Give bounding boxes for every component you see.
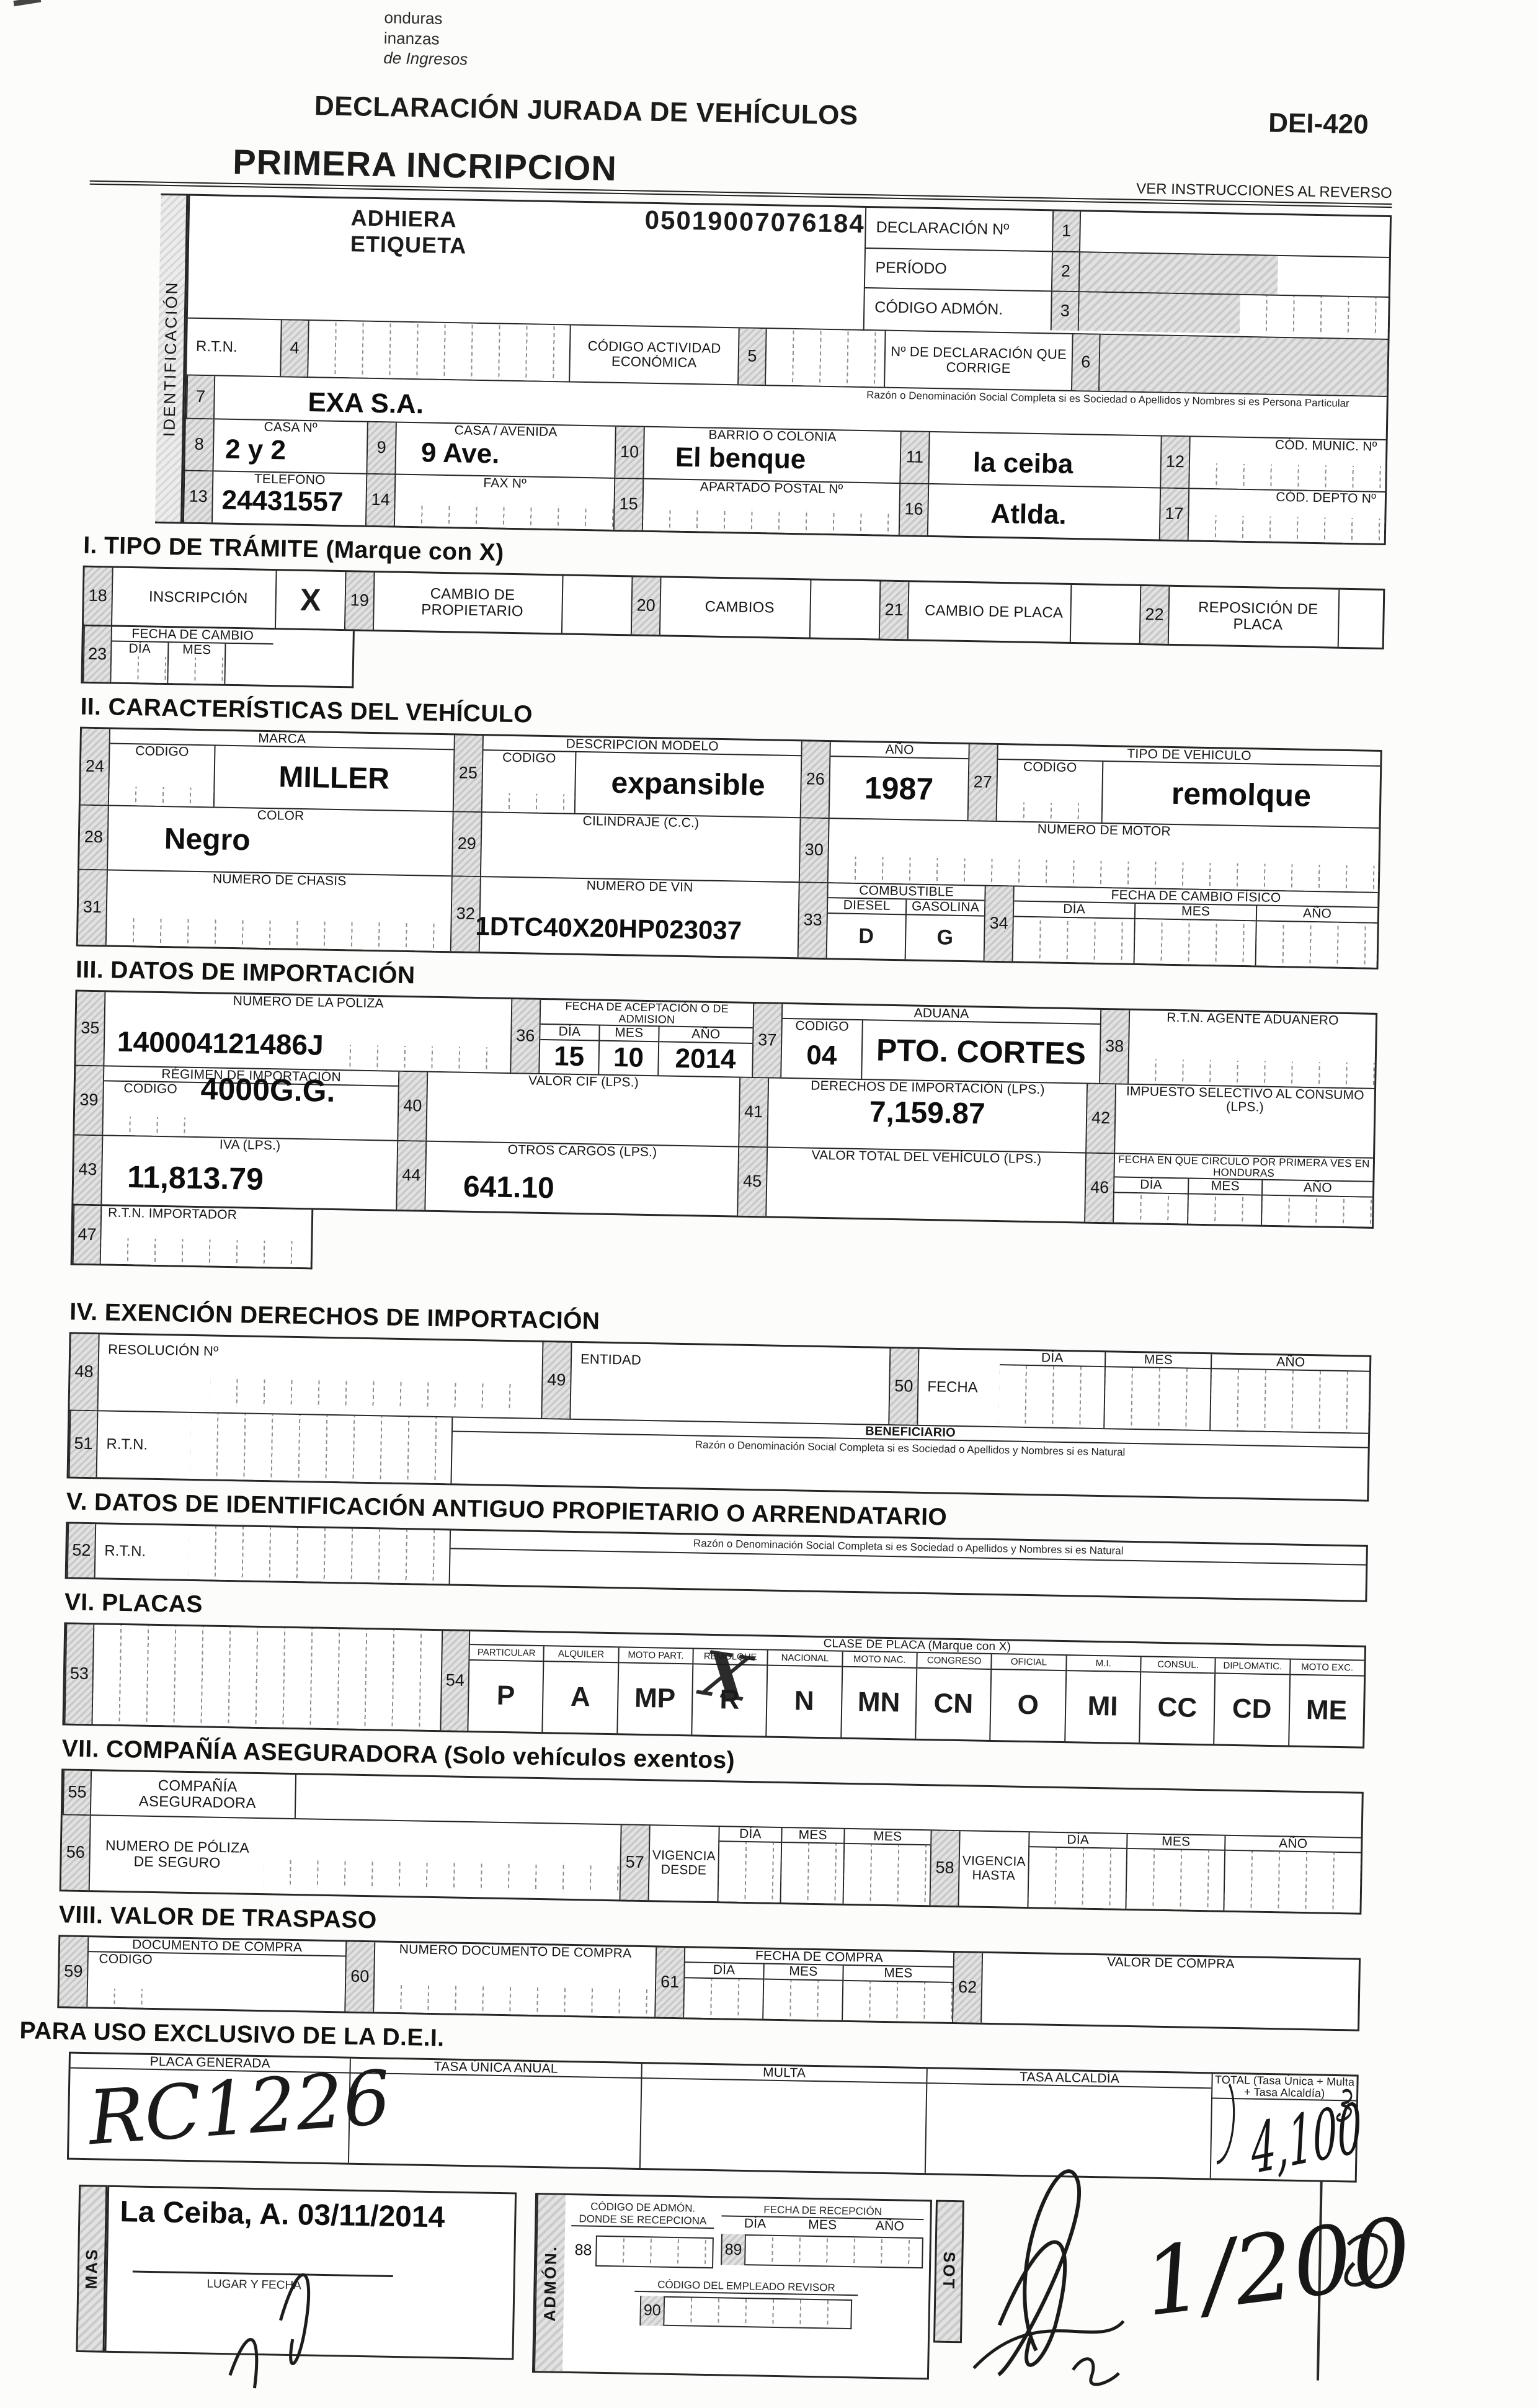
resolucion-box[interactable]: RESOLUCIÓN Nº	[98, 1334, 542, 1418]
valor-compra-box[interactable]: VALOR DE COMPRA	[982, 1953, 1359, 2003]
cod-depto-box[interactable]: CÓD. DEPTO Nº	[1189, 489, 1385, 543]
form-subtitle: PRIMERA INCRIPCION	[233, 141, 618, 188]
codigo-label: CODIGO	[782, 1019, 861, 1035]
opt-label: CONSUL.	[1141, 1657, 1215, 1674]
field-number: 29	[453, 812, 482, 876]
field-number: 11	[900, 432, 930, 483]
clase-option-consul[interactable]: CONSUL.CC	[1139, 1657, 1215, 1744]
field-number: 25	[454, 735, 484, 811]
opt-label: PARTICULAR	[469, 1645, 543, 1662]
iva-box[interactable]: IVA (LPS.) 11,813.79	[102, 1136, 397, 1209]
otros-cargos-value: 641.10	[463, 1172, 738, 1207]
exencion-mes[interactable]	[1105, 1367, 1211, 1429]
vigencia-hasta-label2: HASTA	[959, 1868, 1028, 1884]
field-number: 10	[615, 426, 644, 478]
field-number: 38	[1100, 1009, 1130, 1083]
field-number: 45	[738, 1147, 768, 1216]
clase-option-congreso[interactable]: CONGRESOCN	[915, 1653, 991, 1740]
clase-option-particular[interactable]: PARTICULARP	[468, 1645, 543, 1732]
tramite-cambio-propietario-mark[interactable]	[561, 576, 632, 634]
field-label-declaracion: DECLARACIÓN Nº	[866, 208, 1052, 251]
poliza-seguro-box[interactable]: NUMERO DE PÓLIZA DE SEGURO	[90, 1816, 621, 1899]
form-title: DECLARACIÓN JURADA DE VEHÍCULOS	[314, 91, 859, 132]
field-number: 20	[632, 577, 662, 635]
field-number: 8	[185, 419, 214, 470]
dia-label: DÍA	[112, 642, 167, 657]
clase-option-alquiler[interactable]: ALQUILERA	[542, 1646, 618, 1733]
tramite-cambios-mark[interactable]	[809, 580, 880, 638]
cod-depto-digits[interactable]	[1189, 515, 1385, 543]
telefono-value: 24431557	[221, 487, 366, 517]
field-number: 39	[74, 1066, 104, 1135]
depto-box[interactable]: Atlda.	[928, 484, 1160, 539]
aceptacion-anio[interactable]: 2014	[675, 1045, 736, 1074]
marca-codigo-digits[interactable]	[109, 786, 214, 806]
cod-munic-digits[interactable]	[1189, 463, 1385, 491]
anio-label: AÑO	[1257, 906, 1377, 924]
avenida-box[interactable]: CASA / AVENIDA 9 Ave.	[396, 422, 615, 477]
valor-cif-box[interactable]: VALOR CIF (LPS.)	[427, 1072, 739, 1146]
field-number: 58	[930, 1831, 960, 1906]
declaracion-box[interactable]	[1080, 212, 1390, 257]
field-number: 34	[985, 886, 1015, 961]
municipio-box[interactable]: la ceiba	[929, 432, 1160, 487]
tramite-reposicion-placa-label: REPOSICIÓN DE PLACA	[1169, 586, 1339, 646]
opt-code: CN	[916, 1669, 990, 1740]
clase-option-mi[interactable]: M.I.MI	[1064, 1656, 1140, 1742]
field-number: 22	[1140, 586, 1170, 644]
agente-label: R.T.N. AGENTE ADUANERO	[1130, 1010, 1376, 1028]
cambio-fisico-mes[interactable]	[1135, 919, 1256, 965]
exencion-anio[interactable]	[1211, 1369, 1369, 1432]
actividad-digits[interactable]	[766, 329, 885, 386]
opt-label: NACIONAL	[768, 1651, 842, 1667]
diesel-label: DIESEL	[828, 898, 905, 915]
opt-code: CC	[1140, 1672, 1214, 1744]
field-number: 26	[801, 741, 831, 818]
hasta-dia[interactable]	[1028, 1847, 1126, 1908]
opt-code: CD	[1214, 1674, 1289, 1745]
opt-label: MOTO NAC.	[843, 1652, 917, 1669]
tramite-inscripcion-mark[interactable]: X	[275, 571, 345, 629]
field-number: 17	[1160, 488, 1189, 540]
documento-codigo-digits[interactable]	[87, 1988, 162, 2003]
field-number: 30	[800, 818, 830, 882]
entidad-box[interactable]: ENTIDAD	[571, 1342, 889, 1424]
field-number: 14	[367, 474, 396, 525]
field-number: 41	[739, 1077, 769, 1146]
casa-box[interactable]: CASA Nº 2 y 2	[213, 419, 367, 473]
field-number: 60	[345, 1942, 375, 2003]
antiguo-rtn-label: R.T.N.	[96, 1524, 190, 1579]
tramite-inscripcion-label: INSCRIPCIÓN	[112, 568, 276, 628]
chasis-box[interactable]: NUMERO DE CHASIS	[107, 870, 451, 951]
vigencia-desde-label2: DESDE	[649, 1863, 718, 1878]
placas-table: 53 54 CLASE DE PLACA (Marque con X) PART…	[62, 1622, 1366, 1748]
fecha-cambio-mes[interactable]	[168, 657, 224, 684]
importacion-table: 35 NUMERO DE LA POLIZA 140004121486J 36 …	[71, 989, 1377, 1228]
dia-label: DÍA	[1000, 1350, 1105, 1368]
cod-munic-label: CÓD. MUNIC. Nº	[1190, 437, 1385, 454]
fecha-cambio-box: 23 FECHA DE CAMBIO DÍA MES	[81, 626, 355, 688]
vigencia-desde-label: VIGENCIA	[650, 1848, 718, 1864]
derechos-value: 7,159.87	[869, 1098, 985, 1130]
sticker-number: 05019007076184	[643, 205, 865, 329]
poliza-value: 140004121486J	[117, 1027, 324, 1059]
entidad-label: ENTIDAD	[572, 1342, 890, 1371]
field-number: 6	[1071, 334, 1101, 390]
sticker-label: ADHIERA ETIQUETA	[349, 205, 571, 324]
field-number: 1	[1052, 211, 1081, 251]
field-number: 42	[1087, 1084, 1116, 1153]
field-number: 23	[82, 626, 112, 682]
mes-label: MES	[1127, 1834, 1224, 1850]
opt-label: DIPLOMATIC.	[1216, 1658, 1289, 1675]
hasta-mes[interactable]	[1126, 1849, 1224, 1910]
telefono-box[interactable]: TELEFONO 24431557	[213, 471, 366, 525]
field-number: 36	[511, 999, 541, 1073]
field-number: 52	[67, 1523, 97, 1577]
field-number: 37	[753, 1004, 783, 1077]
field-number: 47	[73, 1205, 102, 1264]
numero-documento-digits[interactable]	[374, 1984, 655, 2003]
field-number: 35	[76, 991, 105, 1065]
opt-code: A	[543, 1662, 618, 1733]
opt-label: MOTO EXC.	[1291, 1660, 1364, 1677]
casa-label: CASA Nº	[215, 419, 367, 436]
dia-label: DÍA	[540, 1025, 598, 1041]
antiguo-razon-box[interactable]: Razón o Denominación Social Completa si …	[449, 1530, 1366, 1600]
field-number: 31	[78, 870, 108, 945]
iva-value: 11,813.79	[127, 1161, 397, 1197]
vehiculo-table: 24 MARCA CODIGO MILLER 25 DESCRIPCION MO…	[76, 726, 1382, 969]
dia-label: DÍA	[1114, 1178, 1188, 1195]
fax-box[interactable]: FAX Nº	[395, 475, 614, 529]
resolucion-digits[interactable]	[210, 1377, 530, 1411]
resolucion-label: RESOLUCIÓN Nº	[99, 1334, 543, 1364]
scan-artifact	[13, 0, 41, 6]
field-number: 16	[900, 484, 929, 535]
field-number: 13	[184, 471, 213, 522]
identification-section: IDENTIFICACIÓN ADHIERA ETIQUETA 05019007…	[155, 193, 1392, 545]
agency-logo-text: onduras inanzas de Ingresos	[383, 7, 1395, 86]
fecha-cambio-dia[interactable]	[111, 656, 167, 682]
field-number: 56	[61, 1815, 91, 1890]
mes-label: MES	[600, 1026, 658, 1042]
mes-label: MES	[782, 1828, 843, 1844]
opt-label: MOTO PART.	[619, 1648, 693, 1664]
field-number: 27	[969, 744, 998, 821]
gasolina-value[interactable]: G	[936, 925, 953, 950]
opt-code: MI	[1065, 1671, 1140, 1742]
agente-digits[interactable]	[1129, 1058, 1375, 1087]
dia-label: DÍA	[1029, 1832, 1126, 1849]
field-number: 40	[398, 1071, 428, 1140]
codigo-label: CODIGO	[110, 744, 214, 760]
declaration-header-fields: DECLARACIÓN Nº 1 PERÍODO 2 CÓDIGO ADMÓN.…	[863, 207, 1390, 338]
exencion-rtn-label: R.T.N.	[97, 1411, 192, 1479]
regimen-digits[interactable]	[103, 1116, 197, 1136]
rtn-importador-box: 47 R.T.N. IMPORTADOR	[71, 1205, 314, 1269]
anio-label: MES	[845, 1829, 931, 1845]
fax-label: FAX Nº	[396, 475, 614, 493]
circulo-anio[interactable]	[1263, 1196, 1372, 1227]
poliza-seguro-digits[interactable]	[264, 1857, 620, 1893]
field-number: 18	[84, 567, 113, 625]
field-number: 19	[345, 572, 375, 630]
opt-label: OFICIAL	[992, 1654, 1066, 1671]
opt-label: ALQUILER	[545, 1646, 618, 1663]
clase-option-remolque[interactable]: REMOLQUE R X	[691, 1649, 767, 1736]
field-number: 44	[397, 1141, 427, 1210]
field-number: 2	[1051, 252, 1080, 291]
clase-option-moto-nac[interactable]: MOTO NAC.MN	[840, 1652, 917, 1739]
marca-value: MILLER	[278, 762, 389, 794]
actividad-label: CÓDIGO ACTIVIDAD ECONÓMICA	[569, 325, 739, 384]
chasis-digits[interactable]	[107, 917, 451, 951]
rtn-importador-label: R.T.N. IMPORTADOR	[102, 1206, 311, 1224]
compania-label: COMPAÑÍA ASEGURADORA	[91, 1771, 296, 1818]
exencion-dia[interactable]	[998, 1365, 1105, 1427]
field-number: 46	[1085, 1153, 1115, 1222]
vin-box[interactable]: NUMERO DE VIN 1DTC40X20HP023037	[480, 877, 799, 957]
anio-label: AÑO	[659, 1027, 753, 1044]
valor-total-box[interactable]: VALOR TOTAL DEL VEHÍCULO (LPS.)	[767, 1148, 1085, 1221]
field-number: 24	[81, 728, 110, 805]
clase-option-diplomatic[interactable]: DIPLOMATIC.CD	[1213, 1658, 1289, 1745]
field-number: 57	[621, 1825, 651, 1900]
cambio-fisico-dia[interactable]	[1013, 917, 1134, 963]
apartado-box[interactable]: APARTADO POSTAL Nº	[643, 479, 899, 534]
mes-label: MES	[169, 643, 224, 658]
field-number: 55	[63, 1770, 92, 1814]
valor-compra-label: VALOR DE COMPRA	[983, 1953, 1359, 1973]
aceptacion-mes[interactable]: 10	[613, 1044, 644, 1072]
field-number: 28	[79, 805, 109, 869]
cod-munic-box[interactable]: CÓD. MUNIC. Nº	[1189, 437, 1385, 491]
form-code: DEI-420	[1268, 107, 1369, 140]
field-number: 50	[889, 1349, 919, 1425]
opt-label: M.I.	[1067, 1656, 1140, 1672]
opt-code: MP	[618, 1663, 692, 1734]
aceptacion-dia[interactable]: 15	[554, 1043, 585, 1071]
vigencia-hasta-label: VIGENCIA	[960, 1854, 1028, 1870]
poliza-seguro-label2: DE SEGURO	[90, 1853, 264, 1871]
depto-value: Atlda.	[990, 500, 1160, 530]
compra-anio[interactable]	[843, 1981, 953, 2003]
documento-compra-box[interactable]: DOCUMENTO DE COMPRA CODIGO	[87, 1937, 345, 2003]
otros-cargos-box[interactable]: OTROS CARGOS (LPS.) 641.10	[425, 1141, 738, 1215]
rtn-importador-field[interactable]: R.T.N. IMPORTADOR	[101, 1206, 312, 1267]
selectivo-label: IMPUESTO SELECTIVO AL CONSUMO (LPS.)	[1116, 1084, 1374, 1117]
selectivo-box[interactable]: IMPUESTO SELECTIVO AL CONSUMO (LPS.)	[1115, 1084, 1374, 1157]
numero-documento-box[interactable]: NUMERO DOCUMENTO DE COMPRA	[374, 1942, 656, 2003]
tramite-reposicion-placa-mark[interactable]	[1338, 589, 1384, 647]
antiguo-rtn-digits[interactable]	[189, 1525, 450, 1583]
clase-option-nacional[interactable]: NACIONALN	[766, 1651, 842, 1737]
field-number: 5	[737, 328, 767, 385]
agente-box[interactable]: R.T.N. AGENTE ADUANERO	[1129, 1010, 1376, 1087]
apartado-label: APARTADO POSTAL Nº	[644, 479, 899, 497]
opt-code: P	[468, 1661, 543, 1732]
opt-code: O	[991, 1670, 1065, 1741]
compra-dia[interactable]	[684, 1978, 763, 2003]
field-number: 51	[69, 1411, 99, 1477]
field-number: 7	[186, 375, 215, 418]
aseguradora-table: 55 COMPAÑÍA ASEGURADORA 56 NUMERO DE PÓL…	[60, 1768, 1364, 1914]
anio-label: AÑO	[830, 742, 968, 760]
tramite-cambio-placa-mark[interactable]	[1070, 584, 1140, 643]
codigo-admon-box[interactable]	[1079, 292, 1389, 336]
mes-label: MES	[1106, 1352, 1211, 1370]
exencion-table: 48 RESOLUCIÓN Nº 49 ENTIDAD 50 FECHA DÍA…	[67, 1332, 1372, 1501]
corrige-digits[interactable]	[1100, 334, 1388, 395]
sticker-area: ADHIERA ETIQUETA 05019007076184	[188, 195, 865, 329]
compra-mes[interactable]	[763, 1979, 842, 2003]
field-number: 53	[64, 1624, 94, 1724]
tipo-codigo-digits[interactable]	[997, 801, 1102, 822]
corrige-label: Nº DE DECLARACIÓN QUE CORRIGE	[884, 331, 1072, 390]
codigo-label: CODIGO	[104, 1082, 197, 1097]
avenida-value: 9 Ave.	[421, 439, 615, 470]
field-number: 54	[440, 1631, 470, 1731]
placa-actual-box[interactable]	[92, 1625, 442, 1730]
cod-depto-label: CÓD. DEPTO Nº	[1189, 489, 1385, 506]
circulo-dia[interactable]	[1114, 1193, 1188, 1223]
codigo-label: CODIGO	[998, 760, 1102, 776]
circulo-mes[interactable]	[1188, 1194, 1262, 1224]
dia-label: DÍA	[1014, 902, 1134, 919]
field-number: 61	[656, 1947, 685, 2003]
derechos-box[interactable]: DERECHOS DE IMPORTACIÓN (LPS.) 7,159.87	[768, 1078, 1087, 1152]
vin-value: 1DTC40X20HP023037	[475, 913, 798, 945]
poliza-digits[interactable]	[323, 1044, 510, 1072]
scanned-form-dei-420: onduras inanzas de Ingresos DECLARACIÓN …	[0, 0, 1538, 2003]
poliza-box[interactable]: NUMERO DE LA POLIZA 140004121486J	[104, 992, 511, 1072]
field-number: 49	[542, 1342, 572, 1419]
motor-box[interactable]: NUMERO DE MOTOR	[829, 819, 1379, 892]
diesel-value[interactable]: D	[858, 924, 874, 948]
tipo-vehiculo-value: remolque	[1171, 778, 1311, 811]
opt-code: N	[767, 1666, 842, 1737]
field-number: 12	[1161, 436, 1190, 488]
rtn-label: R.T.N.	[187, 318, 281, 376]
hasta-anio[interactable]	[1224, 1851, 1361, 1912]
exencion-rtn-digits[interactable]	[190, 1412, 452, 1483]
municipio-value: la ceiba	[973, 449, 1161, 479]
mes-label: MES	[1136, 904, 1256, 921]
dia-label: DÍA	[685, 1963, 763, 1979]
tramite-cambio-placa-label: CAMBIO DE PLACA	[909, 582, 1071, 642]
gasolina-label: GASOLINA	[907, 900, 984, 917]
poliza-seguro-label: NUMERO DE PÓLIZA	[91, 1837, 264, 1856]
instructions-note: VER INSTRUCCIONES AL REVERSO	[1136, 180, 1392, 202]
field-label-periodo: PERÍODO	[865, 249, 1052, 290]
rtn-importador-digits[interactable]	[101, 1237, 311, 1267]
anio-value: 1987	[864, 772, 933, 805]
modelo-value: expansible	[611, 769, 765, 801]
opt-code: ME	[1289, 1675, 1364, 1747]
field-number: 9	[367, 422, 396, 473]
periodo-box[interactable]	[1080, 252, 1389, 297]
codigo-label: CODIGO	[483, 751, 575, 766]
field-number: 48	[69, 1334, 99, 1410]
clase-option-moto-part[interactable]: MOTO PART.MP	[616, 1648, 693, 1734]
rtn-digits[interactable]	[308, 321, 570, 381]
modelo-codigo-digits[interactable]	[482, 793, 575, 813]
tramite-cambio-propietario-label: CAMBIO DE PROPIETARIO	[374, 573, 562, 633]
numero-documento-label: NUMERO DOCUMENTO DE COMPRA	[375, 1942, 656, 1961]
clase-option-oficial[interactable]: OFICIALO	[990, 1654, 1066, 1741]
field-number: 59	[59, 1937, 89, 2003]
barrio-box[interactable]: BARRIO O COLONIA El benque	[644, 427, 900, 482]
cilindraje-box[interactable]: CILINDRAJE (C.C.)	[481, 813, 800, 881]
field-number: 21	[880, 581, 910, 639]
field-label-codigo-admon: CÓDIGO ADMÓN.	[865, 288, 1051, 330]
regimen-value: 4000G.G.	[200, 1073, 336, 1138]
dia-label: DÍA	[719, 1827, 781, 1843]
aduana-codigo[interactable]: 04	[806, 1042, 837, 1070]
casa-value: 2 y 2	[225, 436, 367, 466]
opt-label: CONGRESO	[917, 1653, 991, 1670]
field-number: 15	[615, 478, 644, 530]
desde-mes[interactable]	[781, 1843, 843, 1903]
exencion-fecha-label: FECHA	[918, 1349, 1000, 1425]
desde-anio[interactable]	[843, 1844, 930, 1905]
fax-digits[interactable]	[395, 502, 614, 529]
anio-label: MES	[843, 1966, 953, 1983]
cambio-fisico-anio[interactable]	[1256, 921, 1377, 967]
mes-label: MES	[764, 1964, 842, 1981]
anio-label: AÑO	[1263, 1180, 1372, 1198]
field-number: 62	[953, 1952, 983, 2003]
aduana-value: PTO. CORTES	[876, 1034, 1087, 1069]
field-number: 3	[1051, 292, 1080, 331]
mes-label: MES	[1189, 1179, 1262, 1196]
clase-option-moto-exc[interactable]: MOTO EXC.ME	[1288, 1660, 1364, 1747]
apartado-digits[interactable]	[643, 506, 899, 534]
color-value: Negro	[164, 824, 452, 859]
field-number: 43	[73, 1135, 103, 1204]
codigo-label: CODIGO	[89, 1952, 163, 1968]
desde-dia[interactable]	[719, 1842, 781, 1902]
opt-code: MN	[842, 1667, 916, 1739]
field-number: 33	[799, 883, 829, 958]
barrio-value: El benque	[675, 444, 900, 475]
field-number: 4	[280, 320, 309, 377]
tramite-cambios-label: CAMBIOS	[660, 577, 811, 637]
